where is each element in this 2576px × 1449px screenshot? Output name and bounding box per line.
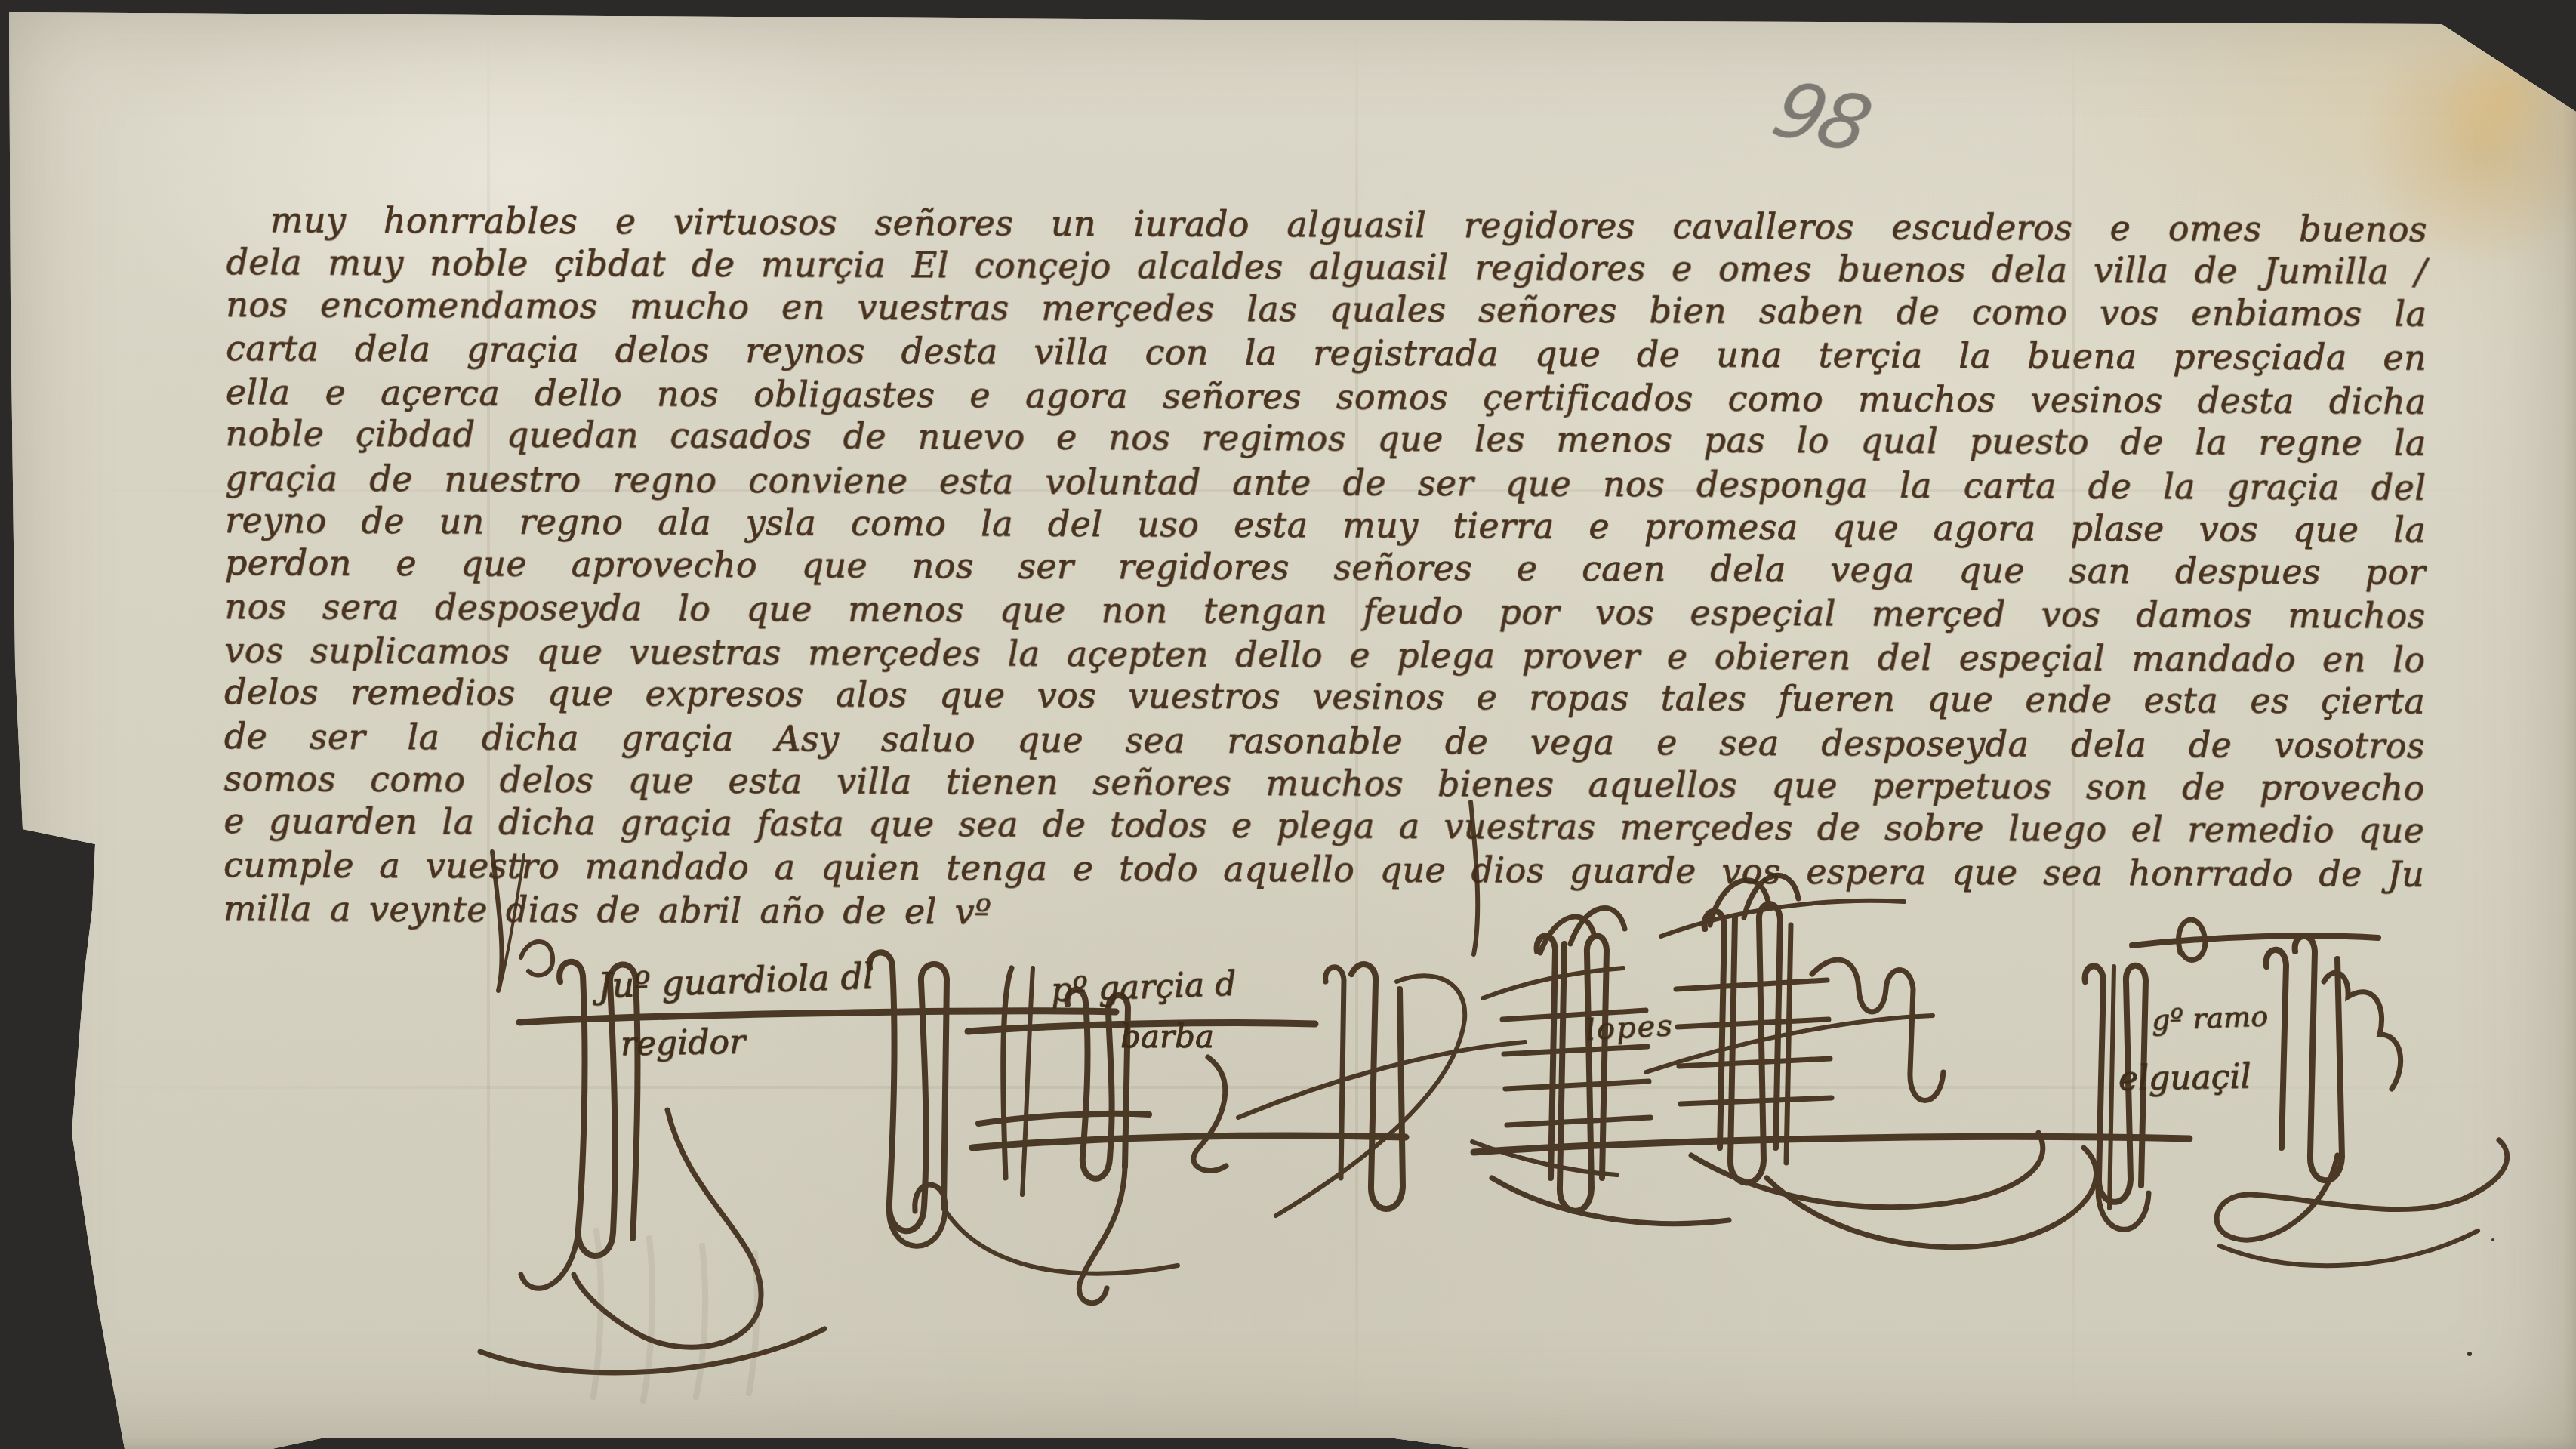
- rubric-garcia-barba: [972, 964, 1525, 1303]
- manuscript-line: somos como delos que esta villa tienen s…: [224, 757, 2425, 810]
- manuscript-line: muy honrrables e virtuosos señores un iu…: [226, 199, 2427, 251]
- fold-crease-horizontal: [0, 489, 2576, 492]
- signature-name-guardiola: Juº guardiola dl: [597, 956, 874, 1007]
- signature-name-garcia: pº garçia d: [1050, 965, 1237, 1010]
- signature-title-alguazil: elguaçil: [2118, 1057, 2252, 1098]
- signature-title-barba: barba: [1120, 1018, 1214, 1055]
- fold-crease-vertical: [2072, 0, 2075, 1449]
- manuscript-paper: 98 muy honrrables e virtuosos señores un…: [0, 0, 2576, 1449]
- ink-speck: [2491, 1238, 2494, 1241]
- rubric-ramo-alguazil: [2085, 920, 2507, 1266]
- show-through-marks: [593, 1231, 757, 1401]
- manuscript-line: nos encomendamos mucho en vuestras merçe…: [226, 283, 2427, 336]
- manuscript-line: ella e açerca dello nos obligastes e ago…: [226, 371, 2427, 424]
- pencil-folio-number: 98: [1763, 65, 1878, 169]
- rubric-guardiola: [480, 942, 1315, 1373]
- fold-crease-vertical: [1355, 0, 1358, 1449]
- manuscript-line: vos suplicamos que vuestras merçedes la …: [224, 629, 2425, 682]
- manuscript-line: cumple a vuestro mandado a quien tenga e…: [223, 843, 2424, 896]
- signature-title-regidor: regidor: [621, 1023, 746, 1064]
- ink-speck: [2467, 1352, 2472, 1356]
- manuscript-line: e guarden la dicha graçia fasta que sea …: [223, 800, 2424, 852]
- corner-stain: [2265, 0, 2576, 362]
- letter-text-block: muy honrrables e virtuosos señores un iu…: [223, 198, 2427, 939]
- manuscript-line: carta dela graçia delos reynos desta vil…: [226, 327, 2427, 380]
- rubric-lopes: [1472, 875, 2189, 1247]
- corner-stain-edge: [2386, 0, 2576, 206]
- manuscript-line: nos sera desposeyda lo que menos que non…: [225, 585, 2426, 638]
- manuscript-line: perdon e que aprovecho que nos ser regid…: [225, 541, 2426, 594]
- manuscript-line: noble çibdad quedan casados de nuevo e n…: [226, 412, 2427, 465]
- manuscript-line: dela muy noble çibdat de murçia El conçe…: [226, 241, 2427, 294]
- letter-flourish-spikes: [492, 802, 1478, 991]
- fold-crease-vertical: [487, 0, 490, 1449]
- signature-name-ramo: gº ramo: [2151, 999, 2268, 1036]
- manuscript-line: reyno de un regno ala ysla como la del u…: [225, 499, 2426, 552]
- signature-rubrics: [0, 0, 2576, 1449]
- manuscript-dateline: milla a veynte dias de abril año de el v…: [223, 887, 2424, 940]
- manuscript-line: delos remedios que expresos alos que vos…: [224, 671, 2425, 723]
- manuscript-line: graçia de nuestro regno conviene esta vo…: [225, 457, 2426, 510]
- fold-crease-horizontal: [0, 1086, 2576, 1089]
- manuscript-line: de ser la dicha graçia Asy saluo que sea…: [224, 715, 2425, 768]
- signature-name-lopes: lopes: [1585, 1008, 1675, 1047]
